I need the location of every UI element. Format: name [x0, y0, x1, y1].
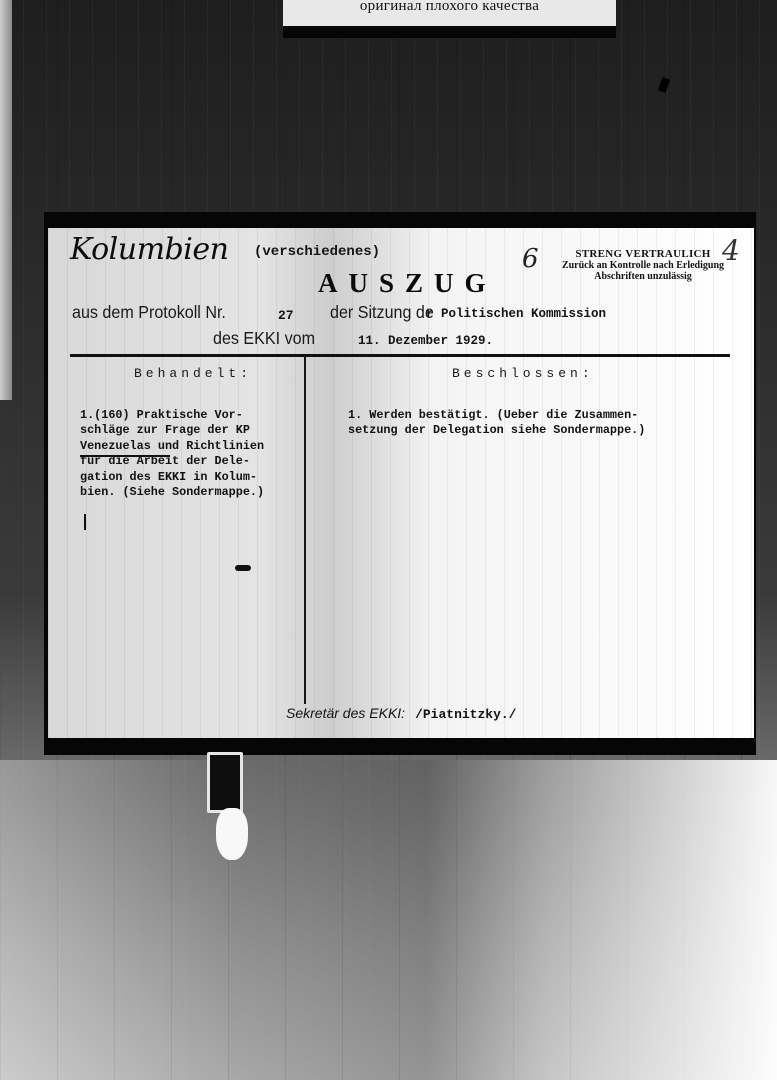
paper-clip-icon: [207, 752, 243, 813]
header-rule: [70, 354, 730, 357]
document-title: AUSZUG: [318, 268, 497, 299]
confidential-heading: STRENG VERTRAULICH: [548, 248, 738, 260]
stamp-text: оригинал плохого качества: [283, 0, 616, 15]
film-edge: [0, 0, 12, 400]
handwritten-underline: [80, 455, 170, 457]
session-date: 11. Dezember 1929.: [358, 334, 493, 348]
signature-line: Sekretär des EKKI: /Piatnitzky./: [286, 705, 516, 723]
archive-quality-stamp: оригинал плохого качества: [283, 0, 616, 32]
return-instruction: Zurück an Kontrolle nach Erledigung: [548, 260, 738, 271]
subtitle-misc: (verschiedenes): [254, 244, 380, 260]
handwritten-mark: 6: [522, 244, 539, 274]
ink-smudge: [235, 565, 251, 571]
decided-heading: Beschlossen:: [452, 366, 594, 381]
commission-name: r Politischen Kommission: [426, 307, 606, 321]
light-flare: [216, 808, 248, 860]
protocol-label: aus dem Protokoll Nr.: [72, 302, 226, 323]
decided-item: 1. Werden bestätigt. (Ueber die Zusammen…: [348, 408, 645, 439]
document-card: Kolumbien (verschiedenes) AUSZUG 6 4 STR…: [48, 228, 754, 738]
ekki-label: des EKKI vom: [213, 328, 315, 349]
session-label: der Sitzung de: [330, 302, 434, 323]
signature-name: /Piatnitzky./: [415, 707, 516, 722]
confidentiality-notice: STRENG VERTRAULICH Zurück an Kontrolle n…: [548, 248, 738, 282]
handwritten-country: Kolumbien: [70, 232, 228, 267]
column-divider: [304, 356, 306, 704]
treated-heading: Behandelt:: [134, 366, 252, 381]
protocol-number: 27: [278, 308, 294, 323]
signature-label: Sekretär des EKKI:: [286, 705, 405, 721]
copy-restriction: Abschriften unzulässig: [548, 271, 738, 282]
pencil-mark: [84, 514, 86, 530]
